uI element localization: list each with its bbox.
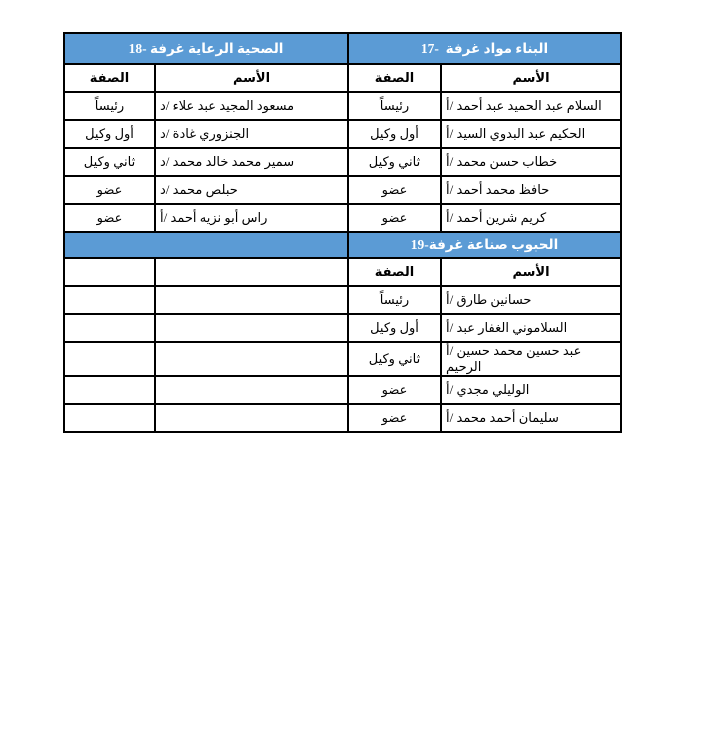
name-cell: أ/ أحمد نزيه أبو راس [155, 204, 348, 232]
role-cell: وكيل ثاني [64, 148, 155, 176]
empty-cell [155, 404, 348, 432]
role-cell: وكيل أول [348, 120, 441, 148]
table17-name-header: الأسم [441, 64, 621, 92]
empty-cell [155, 314, 348, 342]
role-cell: رئيساً [348, 92, 441, 120]
role-cell: رئيساً [64, 92, 155, 120]
table-row: وكيل أول د/ غادة الجنزوري وكيل أول أ/ ال… [64, 120, 621, 148]
role-cell: رئيساً [348, 286, 441, 314]
table18-role-header: الصفة [64, 64, 155, 92]
name-cell: أ/ عبد الغفار السلاموني [441, 314, 621, 342]
empty-cell [155, 286, 348, 314]
table18-blue-empty-row [64, 232, 348, 258]
table18-name-header: الأسم [155, 64, 348, 92]
table17-title: 17- غرفة مواد البناء [348, 33, 621, 64]
role-cell: عضو [64, 176, 155, 204]
empty-cell [64, 258, 155, 286]
table18-title: 18- غرفة الرعاية الصحية [64, 33, 348, 64]
name-cell: د/ علاء عبد المجيد مسعود [155, 92, 348, 120]
name-cell: د/ غادة الجنزوري [155, 120, 348, 148]
role-cell: عضو [348, 204, 441, 232]
name-cell: أ/ محمد أحمد سليمان [441, 404, 621, 432]
name-cell: أ/ مجدي الوليلي [441, 376, 621, 404]
table19-name-header: الأسم [441, 258, 621, 286]
name-cell: أ/ أحمد شرين كريم [441, 204, 621, 232]
table-row: عضو أ/ محمد أحمد سليمان [64, 404, 621, 432]
role-cell: عضو [348, 404, 441, 432]
table-row: عضو أ/ أحمد نزيه أبو راس عضو أ/ أحمد شري… [64, 204, 621, 232]
title-row-top: 18- غرفة الرعاية الصحية 17- غرفة مواد ال… [64, 33, 621, 64]
table19-role-header: الصفة [348, 258, 441, 286]
role-cell: عضو [348, 176, 441, 204]
name-cell: أ/ حسين محمد حسين عبد الرحيم [441, 342, 621, 376]
table-row: عضو أ/ مجدي الوليلي [64, 376, 621, 404]
table19-title: 19-غرفة صناعة الحبوب [348, 232, 621, 258]
empty-cell [64, 342, 155, 376]
name-cell: أ/ طارق حسانين [441, 286, 621, 314]
empty-cell [155, 376, 348, 404]
role-cell: وكيل ثاني [348, 148, 441, 176]
name-cell: أ/ أحمد محمد حافظ [441, 176, 621, 204]
empty-cell [64, 314, 155, 342]
table-row: رئيساً د/ علاء عبد المجيد مسعود رئيساً أ… [64, 92, 621, 120]
empty-cell [64, 286, 155, 314]
header-row-top: الصفة الأسم الصفة الأسم [64, 64, 621, 92]
role-cell: عضو [64, 204, 155, 232]
table-row: وكيل ثاني د/ محمد خالد محمد سمير وكيل ثا… [64, 148, 621, 176]
empty-cell [64, 404, 155, 432]
title-row-middle: 19-غرفة صناعة الحبوب [64, 232, 621, 258]
header-row-bottom: الصفة الأسم [64, 258, 621, 286]
table17-role-header: الصفة [348, 64, 441, 92]
role-cell: وكيل أول [64, 120, 155, 148]
role-cell: وكيل ثاني [348, 342, 441, 376]
name-cell: د/ محمد خالد محمد سمير [155, 148, 348, 176]
name-cell: د/ محمد حبلص [155, 176, 348, 204]
empty-cell [64, 376, 155, 404]
name-cell: أ/ السيد البدوي عبد الحكيم [441, 120, 621, 148]
role-cell: وكيل أول [348, 314, 441, 342]
table-row: رئيساً أ/ طارق حسانين [64, 286, 621, 314]
name-cell: أ/ أحمد عبد الحميد عبد السلام [441, 92, 621, 120]
chambers-table: 18- غرفة الرعاية الصحية 17- غرفة مواد ال… [63, 32, 622, 433]
empty-cell [155, 258, 348, 286]
empty-cell [155, 342, 348, 376]
role-cell: عضو [348, 376, 441, 404]
table-row: وكيل أول أ/ عبد الغفار السلاموني [64, 314, 621, 342]
name-cell: أ/ محمد حسن خطاب [441, 148, 621, 176]
document-page: { "document": { "kind": "membership-tabl… [0, 0, 720, 754]
table-row: وكيل ثاني أ/ حسين محمد حسين عبد الرحيم [64, 342, 621, 376]
table-row: عضو د/ محمد حبلص عضو أ/ أحمد محمد حافظ [64, 176, 621, 204]
